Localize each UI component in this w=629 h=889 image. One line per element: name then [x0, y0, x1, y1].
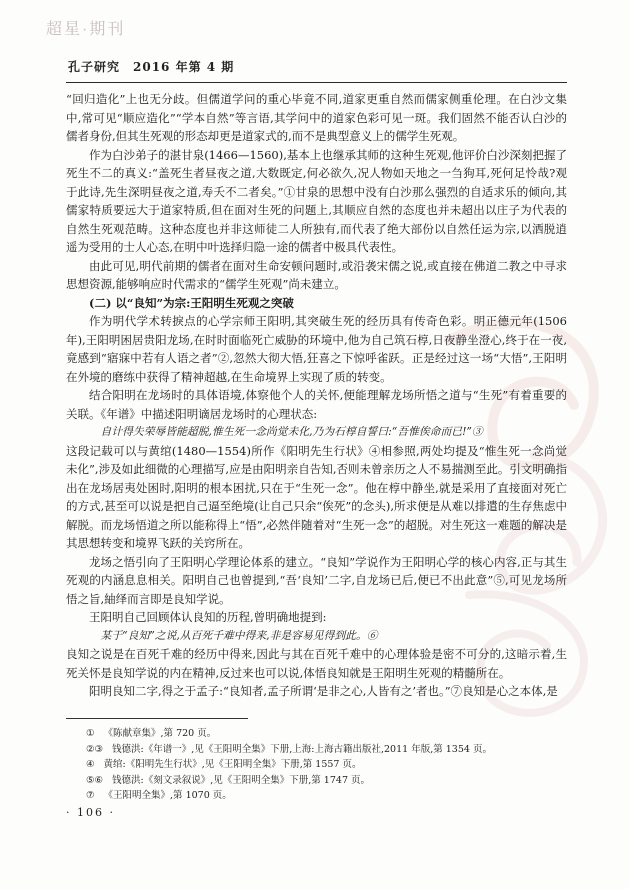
footnote-text: 钱德洪:《年谱一》,见《王阳明全集》下册,上海:上海古籍出版社,2011 年版,… [112, 742, 556, 758]
section-subheading: (二) 以“良知”为宗:王阳明生死观之突破 [66, 294, 567, 313]
footnote-separator [66, 718, 248, 719]
page-number: · 106 · [66, 806, 115, 819]
block-quote: 某于“良知”之说,从百死千难中得来,非是容易见得到此。⑥ [101, 627, 562, 646]
paragraph-continuation: “回归造化”上也无分歧。但儒道学问的重心毕竟不同,道家更重自然而儒家侧重伦理。在… [66, 90, 567, 146]
footnote-row: ⑦ 《王阳明全集》,第 1070 页。 [86, 788, 556, 804]
footnote-label: ④ [86, 757, 95, 773]
footnote-label: ① [86, 726, 95, 742]
footnote-label: ⑦ [86, 788, 95, 804]
paragraph: 结合阳明在龙场时的具体语境,体察他个人的关怀,便能理解龙场所悟之道与“生死”有着… [66, 386, 567, 423]
footnote-row: ②③ 钱德洪:《年谱一》,见《王阳明全集》下册,上海:上海古籍出版社,2011 … [86, 742, 556, 758]
paragraph: 良知之说是在百死千难的经历中得来,因此与其在百死千难中的心理体验是密不可分的,这… [66, 645, 567, 682]
paragraph: 王阳明自己回顾体认良知的历程,曾明确地提到: [66, 608, 567, 627]
paragraph: 由此可见,明代前期的儒者在面对生命安顿问题时,或沿袭宋儒之说,或直接在佛道二教之… [66, 257, 567, 294]
footnote-label: ②③ [86, 742, 103, 758]
article-body: “回归造化”上也无分歧。但儒道学问的重心毕竟不同,道家更重自然而儒家侧重伦理。在… [66, 90, 567, 701]
header-rule [66, 82, 567, 83]
block-quote: 自计得失荣辱皆能超脱,惟生死一念尚觉未化,乃为石椁自誓曰:“吾惟俟命而已!”③ [101, 423, 562, 442]
paragraph: 作为明代学术转捩点的心学宗师王阳明,其突破生死的经历具有传奇色彩。明正德元年(1… [66, 312, 567, 386]
paragraph: 作为白沙弟子的湛甘泉(1466—1560),基本上也继承其师的这种生死观,他评价… [66, 146, 567, 257]
paragraph: 龙场之悟引向了王阳明心学理论体系的建立。“良知”学说作为王阳明心学的核心内容,正… [66, 553, 567, 609]
footnotes: ① 《陈献章集》,第 720 页。 ②③ 钱德洪:《年谱一》,见《王阳明全集》下… [86, 726, 556, 804]
paragraph: 阳明良知二字,得之于孟子:“良知者,孟子所谓‘是非之心,人皆有之’者也。”⑦良知… [66, 682, 567, 701]
footnote-row: ④ 黄绾:《阳明先生行状》,见《王阳明全集》下册,第 1557 页。 [86, 757, 556, 773]
footnote-text: 钱德洪:《刻文录叙说》,见《王阳明全集》下册,第 1747 页。 [112, 773, 556, 789]
footnote-row: ⑤⑥ 钱德洪:《刻文录叙说》,见《王阳明全集》下册,第 1747 页。 [86, 773, 556, 789]
paragraph: 这段记载可以与黄绾(1480—1554)所作《阳明先生行状》④相参照,两处均提及… [66, 442, 567, 553]
footnote-label: ⑤⑥ [86, 773, 103, 789]
chaoxing-journal-watermark: 超星·期刊 [46, 16, 125, 39]
journal-issue-header: 孔子研究 2016 年第 4 期 [68, 58, 234, 75]
footnote-text: 黄绾:《阳明先生行状》,见《王阳明全集》下册,第 1557 页。 [104, 757, 556, 773]
journal-page: 超星·期刊 孔子研究 2016 年第 4 期 “回归造化”上也无分歧。但儒道学问… [0, 0, 629, 889]
footnote-row: ① 《陈献章集》,第 720 页。 [86, 726, 556, 742]
footnote-text: 《陈献章集》,第 720 页。 [104, 726, 556, 742]
footnote-text: 《王阳明全集》,第 1070 页。 [104, 788, 556, 804]
